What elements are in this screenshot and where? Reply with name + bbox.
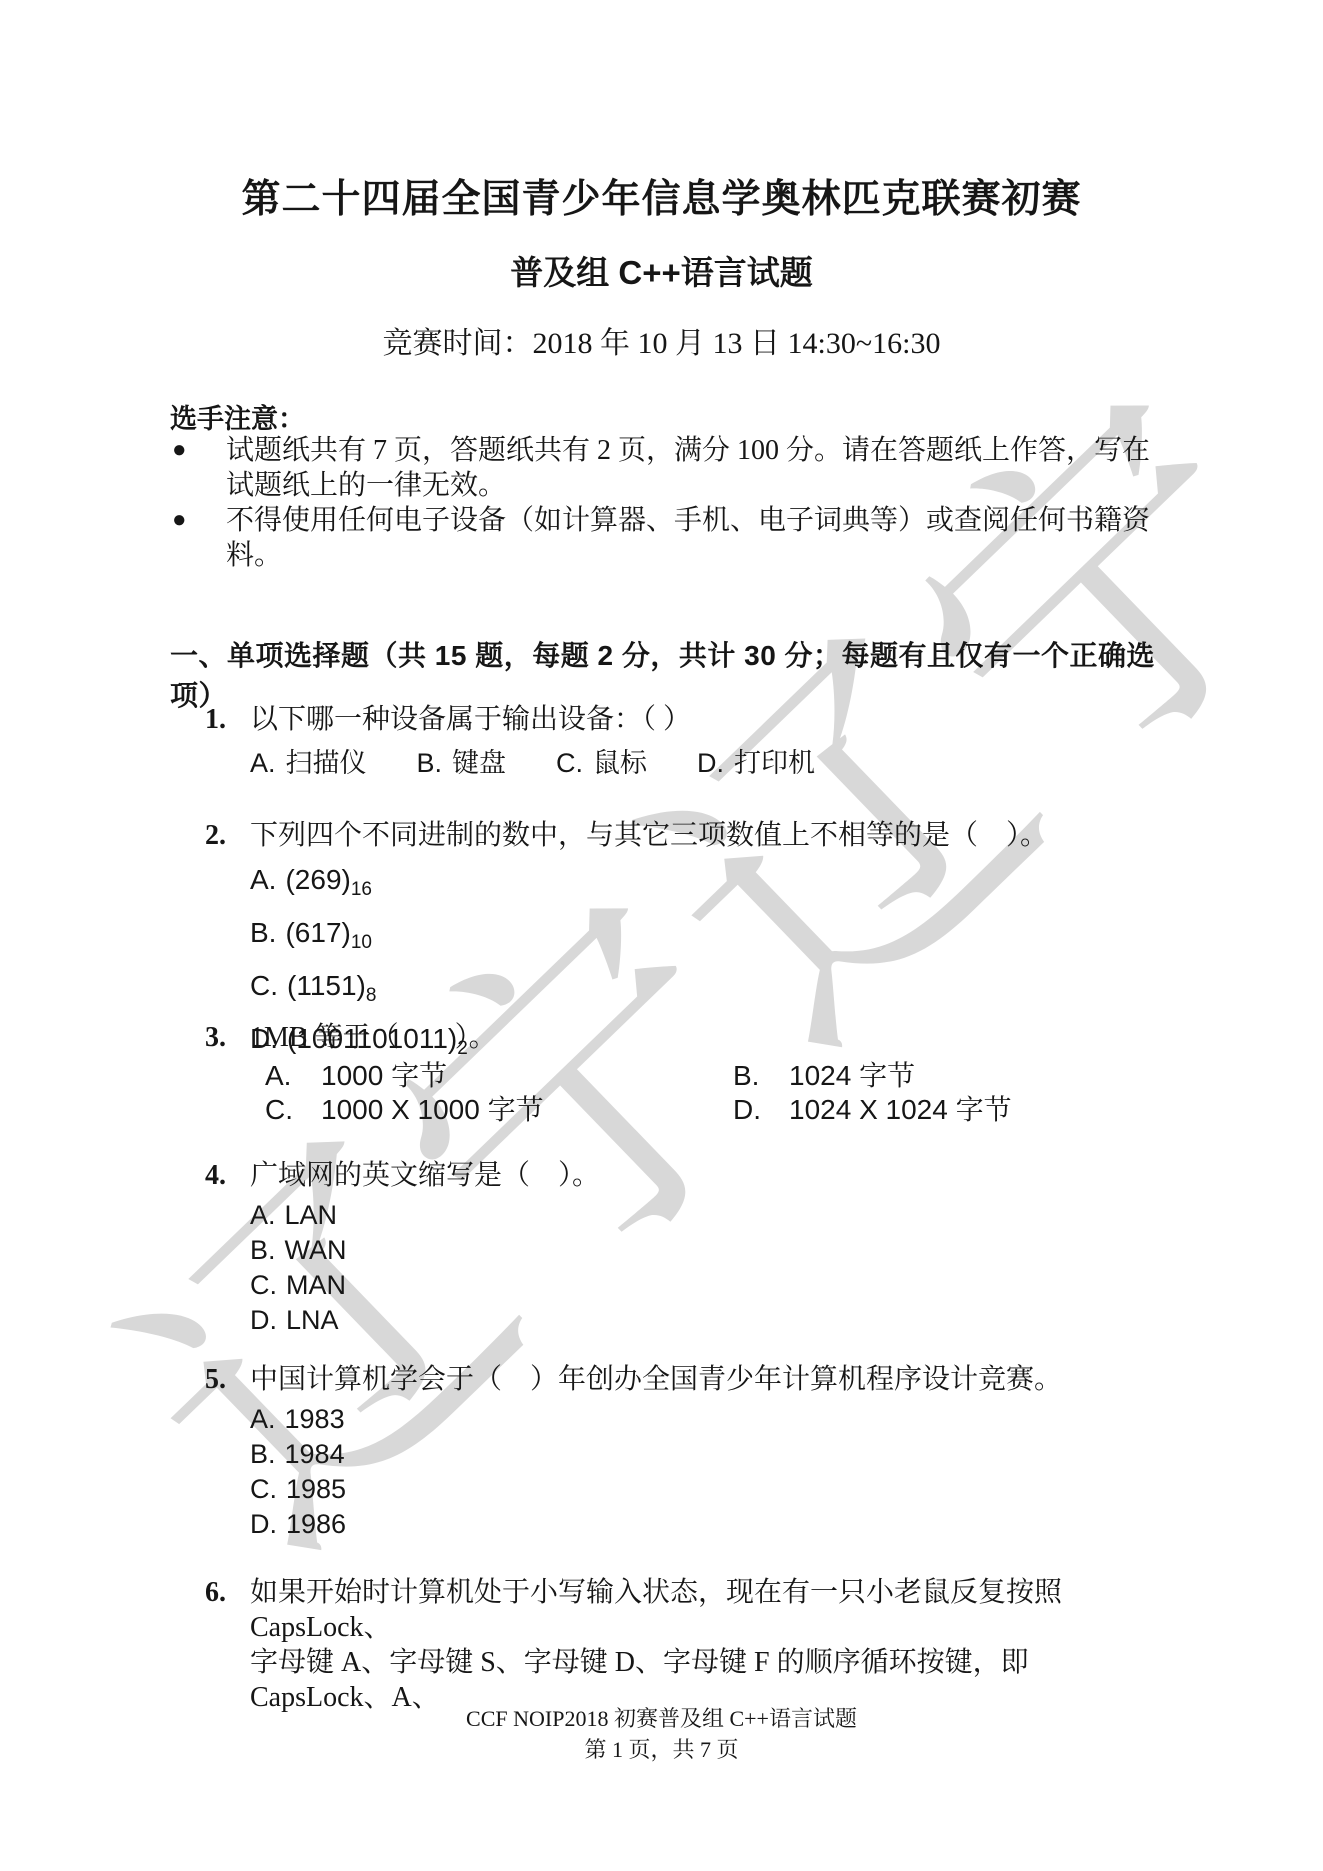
- option: A.扫描仪: [250, 745, 367, 781]
- question-4: 4. 广域网的英文缩写是（ ）。 A.LAN B.WAN C.MAN D.LNA: [205, 1158, 1165, 1338]
- bullet-icon: ●: [172, 503, 226, 538]
- page-content: 第二十四届全国青少年信息学奥林匹克联赛初赛 普及组 C++语言试题 竞赛时间：2…: [0, 0, 1323, 1871]
- question-body: 如果开始时计算机处于小写输入状态，现在有一只小老鼠反复按照 CapsLock、字…: [250, 1575, 1165, 1715]
- notice-item-text: 不得使用任何电子设备（如计算器、手机、电子词典等）或查阅任何书籍资料。: [226, 503, 1150, 573]
- option-label: D.: [733, 1093, 789, 1127]
- question-body: 广域网的英文缩写是（ ）。 A.LAN B.WAN C.MAN D.LNA: [250, 1158, 1165, 1338]
- page-footer: CCF NOIP2018 初赛普及组 C++语言试题 第 1 页，共 7 页: [0, 1703, 1323, 1765]
- notice-heading: 选手注意：: [170, 397, 305, 436]
- option: A.(269)16: [250, 858, 1165, 911]
- notice-line: 不得使用任何电子设备（如计算器、手机、电子词典等）或查阅任何书籍资: [226, 505, 1150, 536]
- notice-item: ● 试题纸共有 7 页，答题纸共有 2 页，满分 100 分。请在答题纸上作答，…: [172, 433, 1167, 503]
- question-number: 2.: [205, 818, 250, 854]
- option-text: 打印机: [734, 748, 815, 778]
- option-text: 1024 字节: [789, 1060, 915, 1091]
- option: D.1986: [250, 1507, 1165, 1542]
- option-label: D.: [250, 1305, 277, 1335]
- option-label: C.: [250, 1270, 277, 1300]
- page-subtitle: 普及组 C++语言试题: [0, 247, 1323, 294]
- option-text: 1985: [286, 1474, 346, 1504]
- notice-line: 试题纸共有 7 页，答题纸共有 2 页，满分 100 分。请在答题纸上作答，写在: [226, 435, 1150, 466]
- question-stem: 以下哪一种设备属于输出设备：（ ）: [250, 702, 1165, 738]
- option-text: 鼠标: [593, 748, 647, 778]
- option-label: C.: [250, 1474, 277, 1504]
- option-text: 1984: [285, 1439, 345, 1469]
- option: A.LAN: [250, 1198, 1165, 1233]
- options-row: A.扫描仪 B.键盘 C.鼠标 D.打印机: [250, 745, 1165, 781]
- question-number: 1.: [205, 702, 250, 738]
- option: C.1985: [250, 1472, 1165, 1507]
- competition-time: 竞赛时间：2018 年 10 月 13 日 14:30~16:30: [0, 318, 1323, 362]
- option: B.1984: [250, 1437, 1165, 1472]
- option-text: 扫描仪: [286, 748, 367, 778]
- question-number: 5.: [205, 1362, 250, 1398]
- exam-paper-page: 辽宁辽宁 第二十四届全国青少年信息学奥林匹克联赛初赛 普及组 C++语言试题 竞…: [0, 0, 1323, 1871]
- notice-line: 料。: [226, 540, 282, 571]
- footer-page-number: 第 1 页，共 7 页: [0, 1734, 1323, 1765]
- option-text: MAN: [286, 1270, 346, 1300]
- option-label: A.: [250, 1404, 276, 1434]
- option-text: LAN: [285, 1200, 338, 1230]
- option-text: LNA: [286, 1305, 339, 1335]
- option-subscript: 10: [351, 932, 372, 953]
- question-stem: 广域网的英文缩写是（ ）。: [250, 1158, 1165, 1194]
- option-label: B.: [250, 917, 276, 948]
- option-label: A.: [250, 748, 276, 778]
- options-list: A.1983 B.1984 C.1985 D.1986: [250, 1402, 1165, 1542]
- option-label: A.: [265, 1059, 321, 1093]
- question-stem-line: 如果开始时计算机处于小写输入状态，现在有一只小老鼠反复按照 CapsLock、: [250, 1577, 1062, 1643]
- option: B.WAN: [250, 1233, 1165, 1268]
- question-body: 中国计算机学会于（ ）年创办全国青少年计算机程序设计竞赛。 A.1983 B.1…: [250, 1362, 1165, 1542]
- options-list: A.LAN B.WAN C.MAN D.LNA: [250, 1198, 1165, 1338]
- option-text: 1983: [285, 1404, 345, 1434]
- option: B.(617)10: [250, 911, 1165, 964]
- option: A.1000 字节: [265, 1059, 733, 1093]
- question-3: 3. 1MB 等于（ ）。 A.1000 字节 B.1024 字节 C.1000…: [205, 1020, 1165, 1127]
- option: C.1000 X 1000 字节: [265, 1093, 733, 1127]
- option-text: 1986: [286, 1509, 346, 1539]
- option: D.1024 X 1024 字节: [733, 1093, 1165, 1127]
- option: C.MAN: [250, 1268, 1165, 1303]
- option-text: 1000 X 1000 字节: [321, 1094, 544, 1125]
- option-label: B.: [733, 1059, 789, 1093]
- question-stem: 下列四个不同进制的数中，与其它三项数值上不相等的是（ ）。: [250, 818, 1165, 854]
- option-label: D.: [250, 1509, 277, 1539]
- question-number: 4.: [205, 1158, 250, 1194]
- option-subscript: 8: [366, 985, 377, 1006]
- option: C.(1151)8: [250, 964, 1165, 1017]
- question-number: 6.: [205, 1575, 250, 1611]
- notice-item-text: 试题纸共有 7 页，答题纸共有 2 页，满分 100 分。请在答题纸上作答，写在…: [226, 433, 1150, 503]
- option-label: B.: [417, 748, 443, 778]
- option-label: C.: [556, 748, 583, 778]
- page-title: 第二十四届全国青少年信息学奥林匹克联赛初赛: [0, 168, 1323, 224]
- option-subscript: 16: [351, 879, 372, 900]
- question-stem: 如果开始时计算机处于小写输入状态，现在有一只小老鼠反复按照 CapsLock、字…: [250, 1575, 1165, 1715]
- option: D.打印机: [697, 745, 815, 781]
- question-5: 5. 中国计算机学会于（ ）年创办全国青少年计算机程序设计竞赛。 A.1983 …: [205, 1362, 1165, 1542]
- option-text: 1024 X 1024 字节: [789, 1094, 1012, 1125]
- option-text: 1000 字节: [321, 1060, 447, 1091]
- question-body: 以下哪一种设备属于输出设备：（ ） A.扫描仪 B.键盘 C.鼠标 D.打印机: [250, 702, 1165, 781]
- option-text: WAN: [285, 1235, 347, 1265]
- options-grid: A.1000 字节 B.1024 字节 C.1000 X 1000 字节 D.1…: [265, 1059, 1165, 1127]
- question-number: 3.: [205, 1020, 250, 1056]
- option-label: D.: [697, 748, 724, 778]
- footer-doc-title: CCF NOIP2018 初赛普及组 C++语言试题: [0, 1703, 1323, 1734]
- option-text: (617): [285, 917, 350, 948]
- option-label: C.: [265, 1093, 321, 1127]
- option-text: 键盘: [452, 748, 506, 778]
- option: B.键盘: [417, 745, 507, 781]
- option: D.LNA: [250, 1303, 1165, 1338]
- option-label: B.: [250, 1439, 276, 1469]
- option-label: A.: [250, 864, 276, 895]
- option-label: B.: [250, 1235, 276, 1265]
- option-text: (1151): [287, 970, 366, 1001]
- option: A.1983: [250, 1402, 1165, 1437]
- option: B.1024 字节: [733, 1059, 1165, 1093]
- option-label: A.: [250, 1200, 276, 1230]
- option-text: (269): [285, 864, 350, 895]
- question-1: 1. 以下哪一种设备属于输出设备：（ ） A.扫描仪 B.键盘 C.鼠标 D.打…: [205, 702, 1165, 781]
- notice-item: ● 不得使用任何电子设备（如计算器、手机、电子词典等）或查阅任何书籍资料。: [172, 503, 1167, 573]
- question-6: 6. 如果开始时计算机处于小写输入状态，现在有一只小老鼠反复按照 CapsLoc…: [205, 1575, 1165, 1715]
- question-stem: 1MB 等于（ ）。: [250, 1020, 1165, 1056]
- option-label: C.: [250, 970, 278, 1001]
- option: C.鼠标: [556, 745, 647, 781]
- question-body: 1MB 等于（ ）。 A.1000 字节 B.1024 字节 C.1000 X …: [250, 1020, 1165, 1127]
- notice-line: 试题纸上的一律无效。: [226, 470, 506, 501]
- bullet-icon: ●: [172, 433, 226, 468]
- question-stem: 中国计算机学会于（ ）年创办全国青少年计算机程序设计竞赛。: [250, 1362, 1165, 1398]
